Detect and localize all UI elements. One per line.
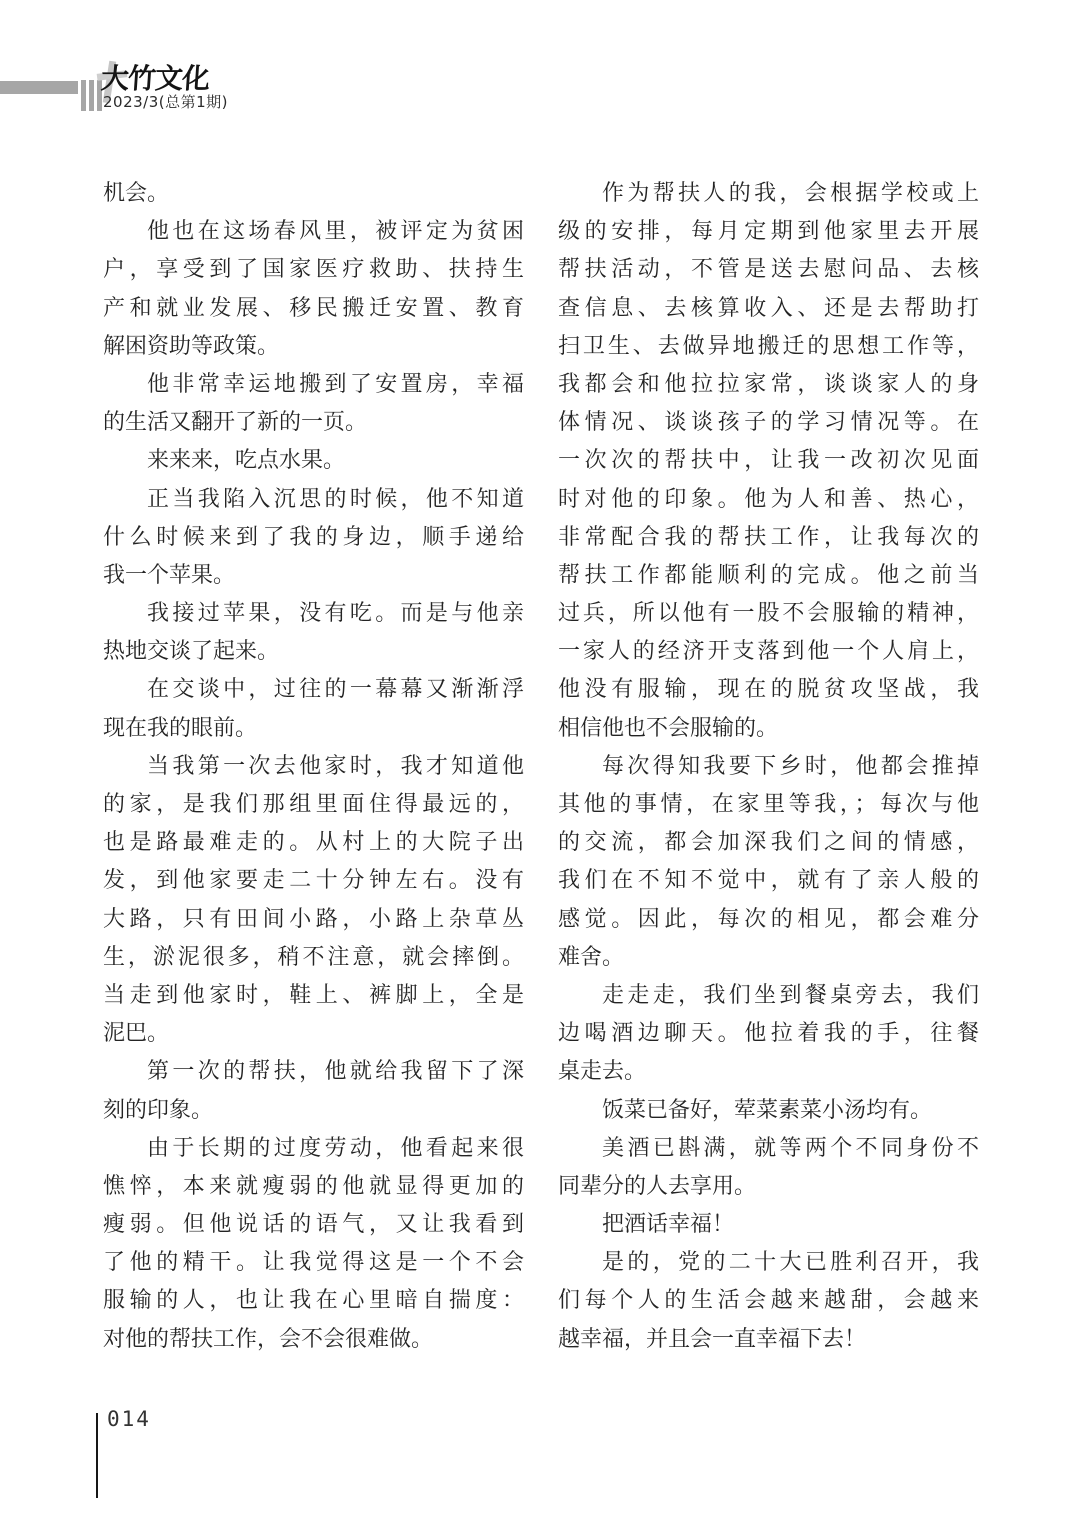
text-line: 什么时候来到了我的身边，顺手递给 — [103, 518, 524, 556]
text-line: 泥巴。 — [103, 1014, 524, 1052]
text-line: 我接过苹果，没有吃。而是与他亲 — [103, 594, 524, 632]
text-line: 帮扶工作都能顺利的完成。他之前当 — [558, 556, 979, 594]
text-line: 的生活又翻开了新的一页。 — [103, 403, 524, 441]
text-line: 瘦弱。但他说话的语气，又让我看到 — [103, 1205, 524, 1243]
text-line: 难舍。 — [558, 938, 979, 976]
page-number: 014 — [107, 1407, 151, 1431]
text-column-right: 作为帮扶人的我，会根据学校或上级的安排，每月定期到他家里去开展帮扶活动，不管是送… — [558, 174, 979, 1358]
text-line: 发，到他家要走二十分钟左右。没有 — [103, 861, 524, 899]
text-line: 桌走去。 — [558, 1052, 979, 1090]
text-line: 机会。 — [103, 174, 524, 212]
text-line: 他没有服输，现在的脱贫攻坚战，我 — [558, 670, 979, 708]
text-line: 每次得知我要下乡时，他都会推掉 — [558, 747, 979, 785]
text-line: 的交流，都会加深我们之间的情感， — [558, 823, 979, 861]
text-line: 非常配合我的帮扶工作，让我每次的 — [558, 518, 979, 556]
paragraph: 是的，党的二十大已胜利召开，我们每个人的生活会越来越甜，会越来越幸福，并且会一直… — [558, 1243, 979, 1358]
text-line: 来来来，吃点水果。 — [103, 441, 524, 479]
text-line: 对他的帮扶工作，会不会很难做。 — [103, 1320, 524, 1358]
paragraph: 我接过苹果，没有吃。而是与他亲热地交谈了起来。 — [103, 594, 524, 670]
text-line: 他非常幸运地搬到了安置房，幸福 — [103, 365, 524, 403]
text-line: 憔悴，本来就瘦弱的他就显得更加的 — [103, 1167, 524, 1205]
text-line: 的家，是我们那组里面住得最远的， — [103, 785, 524, 823]
paragraph: 走走走，我们坐到餐桌旁去，我们边喝酒边聊天。他拉着我的手，往餐桌走去。 — [558, 976, 979, 1091]
text-line: 解困资助等政策。 — [103, 327, 524, 365]
paragraph: 来来来，吃点水果。 — [103, 441, 524, 479]
text-line: 由于长期的过度劳动，他看起来很 — [103, 1129, 524, 1167]
paragraph: 他也在这场春风里，被评定为贫困户，享受到了国家医疗救助、扶持生产和就业发展、移民… — [103, 212, 524, 365]
paragraph: 在交谈中，过往的一幕幕又渐渐浮现在我的眼前。 — [103, 670, 524, 746]
header-horizontal-bar — [0, 81, 78, 94]
text-line: 级的安排，每月定期到他家里去开展 — [558, 212, 979, 250]
text-line: 其他的事情，在家里等我，；每次与他 — [558, 785, 979, 823]
text-line: 当我第一次去他家时，我才知道他 — [103, 747, 524, 785]
article-body: 机会。他也在这场春风里，被评定为贫困户，享受到了国家医疗救助、扶持生产和就业发展… — [103, 174, 979, 1358]
text-line: 扫卫生、去做异地搬迁的思想工作等， — [558, 327, 979, 365]
footer-vertical-rule — [96, 1413, 98, 1498]
text-line: 美酒已斟满，就等两个不同身份不 — [558, 1129, 979, 1167]
paragraph: 作为帮扶人的我，会根据学校或上级的安排，每月定期到他家里去开展帮扶活动，不管是送… — [558, 174, 979, 747]
text-line: 大路，只有田间小路，小路上杂草丛 — [103, 900, 524, 938]
text-line: 我们在不知不觉中，就有了亲人般的 — [558, 861, 979, 899]
text-line: 把酒话幸福！ — [558, 1205, 979, 1243]
text-line: 饭菜已备好，荤菜素菜小汤均有。 — [558, 1091, 979, 1129]
header-tick-bar — [89, 80, 94, 111]
paragraph: 当我第一次去他家时，我才知道他的家，是我们那组里面住得最远的，也是路最难走的。从… — [103, 747, 524, 1053]
text-line: 我一个苹果。 — [103, 556, 524, 594]
text-line: 帮扶活动，不管是送去慰问品、去核 — [558, 250, 979, 288]
text-line: 我都会和他拉拉家常，谈谈家人的身 — [558, 365, 979, 403]
text-line: 相信他也不会服输的。 — [558, 709, 979, 747]
text-line: 边喝酒边聊天。他拉着我的手，往餐 — [558, 1014, 979, 1052]
paragraph: 饭菜已备好，荤菜素菜小汤均有。 — [558, 1091, 979, 1129]
text-line: 当走到他家时，鞋上、裤脚上，全是 — [103, 976, 524, 1014]
text-line: 过兵，所以他有一股不会服输的精神， — [558, 594, 979, 632]
paragraph: 由于长期的过度劳动，他看起来很憔悴，本来就瘦弱的他就显得更加的瘦弱。但他说话的语… — [103, 1129, 524, 1358]
text-line: 产和就业发展、移民搬迁安置、教育 — [103, 289, 524, 327]
text-line: 刻的印象。 — [103, 1091, 524, 1129]
text-line: 感觉。因此，每次的相见，都会难分 — [558, 900, 979, 938]
paragraph: 机会。 — [103, 174, 524, 212]
text-line: 查信息、去核算收入、还是去帮助打 — [558, 289, 979, 327]
text-line: 越幸福，并且会一直幸福下去！ — [558, 1320, 979, 1358]
paragraph: 把酒话幸福！ — [558, 1205, 979, 1243]
text-line: 体情况、谈谈孩子的学习情况等。在 — [558, 403, 979, 441]
text-line: 也是路最难走的。从村上的大院子出 — [103, 823, 524, 861]
text-line: 户，享受到了国家医疗救助、扶持生 — [103, 250, 524, 288]
text-line: 在交谈中，过往的一幕幕又渐渐浮 — [103, 670, 524, 708]
text-line: 了他的精干。让我觉得这是一个不会 — [103, 1243, 524, 1281]
text-line: 一次次的帮扶中，让我一改初次见面 — [558, 441, 979, 479]
header-tick-bar — [81, 80, 86, 111]
paragraph: 美酒已斟满，就等两个不同身份不同辈分的人去享用。 — [558, 1129, 979, 1205]
issue-number-label: 2023/3(总第1期) — [103, 94, 228, 111]
text-line: 生，淤泥很多，稍不注意，就会摔倒。 — [103, 938, 524, 976]
text-line: 是的，党的二十大已胜利召开，我 — [558, 1243, 979, 1281]
text-line: 时对他的印象。他为人和善、热心， — [558, 480, 979, 518]
paragraph: 每次得知我要下乡时，他都会推掉其他的事情，在家里等我，；每次与他的交流，都会加深… — [558, 747, 979, 976]
paragraph: 正当我陷入沉思的时候，他不知道什么时候来到了我的身边，顺手递给我一个苹果。 — [103, 480, 524, 595]
text-line: 们每个人的生活会越来越甜，会越来 — [558, 1281, 979, 1319]
text-line: 他也在这场春风里，被评定为贫困 — [103, 212, 524, 250]
text-line: 同辈分的人去享用。 — [558, 1167, 979, 1205]
text-line: 现在我的眼前。 — [103, 709, 524, 747]
paragraph: 他非常幸运地搬到了安置房，幸福的生活又翻开了新的一页。 — [103, 365, 524, 441]
text-line: 正当我陷入沉思的时候，他不知道 — [103, 480, 524, 518]
text-line: 第一次的帮扶，他就给我留下了深 — [103, 1052, 524, 1090]
text-line: 作为帮扶人的我，会根据学校或上 — [558, 174, 979, 212]
text-line: 走走走，我们坐到餐桌旁去，我们 — [558, 976, 979, 1014]
text-line: 一家人的经济开支落到他一个人肩上， — [558, 632, 979, 670]
text-line: 服输的人，也让我在心里暗自揣度： — [103, 1281, 524, 1319]
paragraph: 第一次的帮扶，他就给我留下了深刻的印象。 — [103, 1052, 524, 1128]
magazine-logo: 大竹文化 — [100, 64, 210, 94]
text-column-left: 机会。他也在这场春风里，被评定为贫困户，享受到了国家医疗救助、扶持生产和就业发展… — [103, 174, 524, 1358]
text-line: 热地交谈了起来。 — [103, 632, 524, 670]
